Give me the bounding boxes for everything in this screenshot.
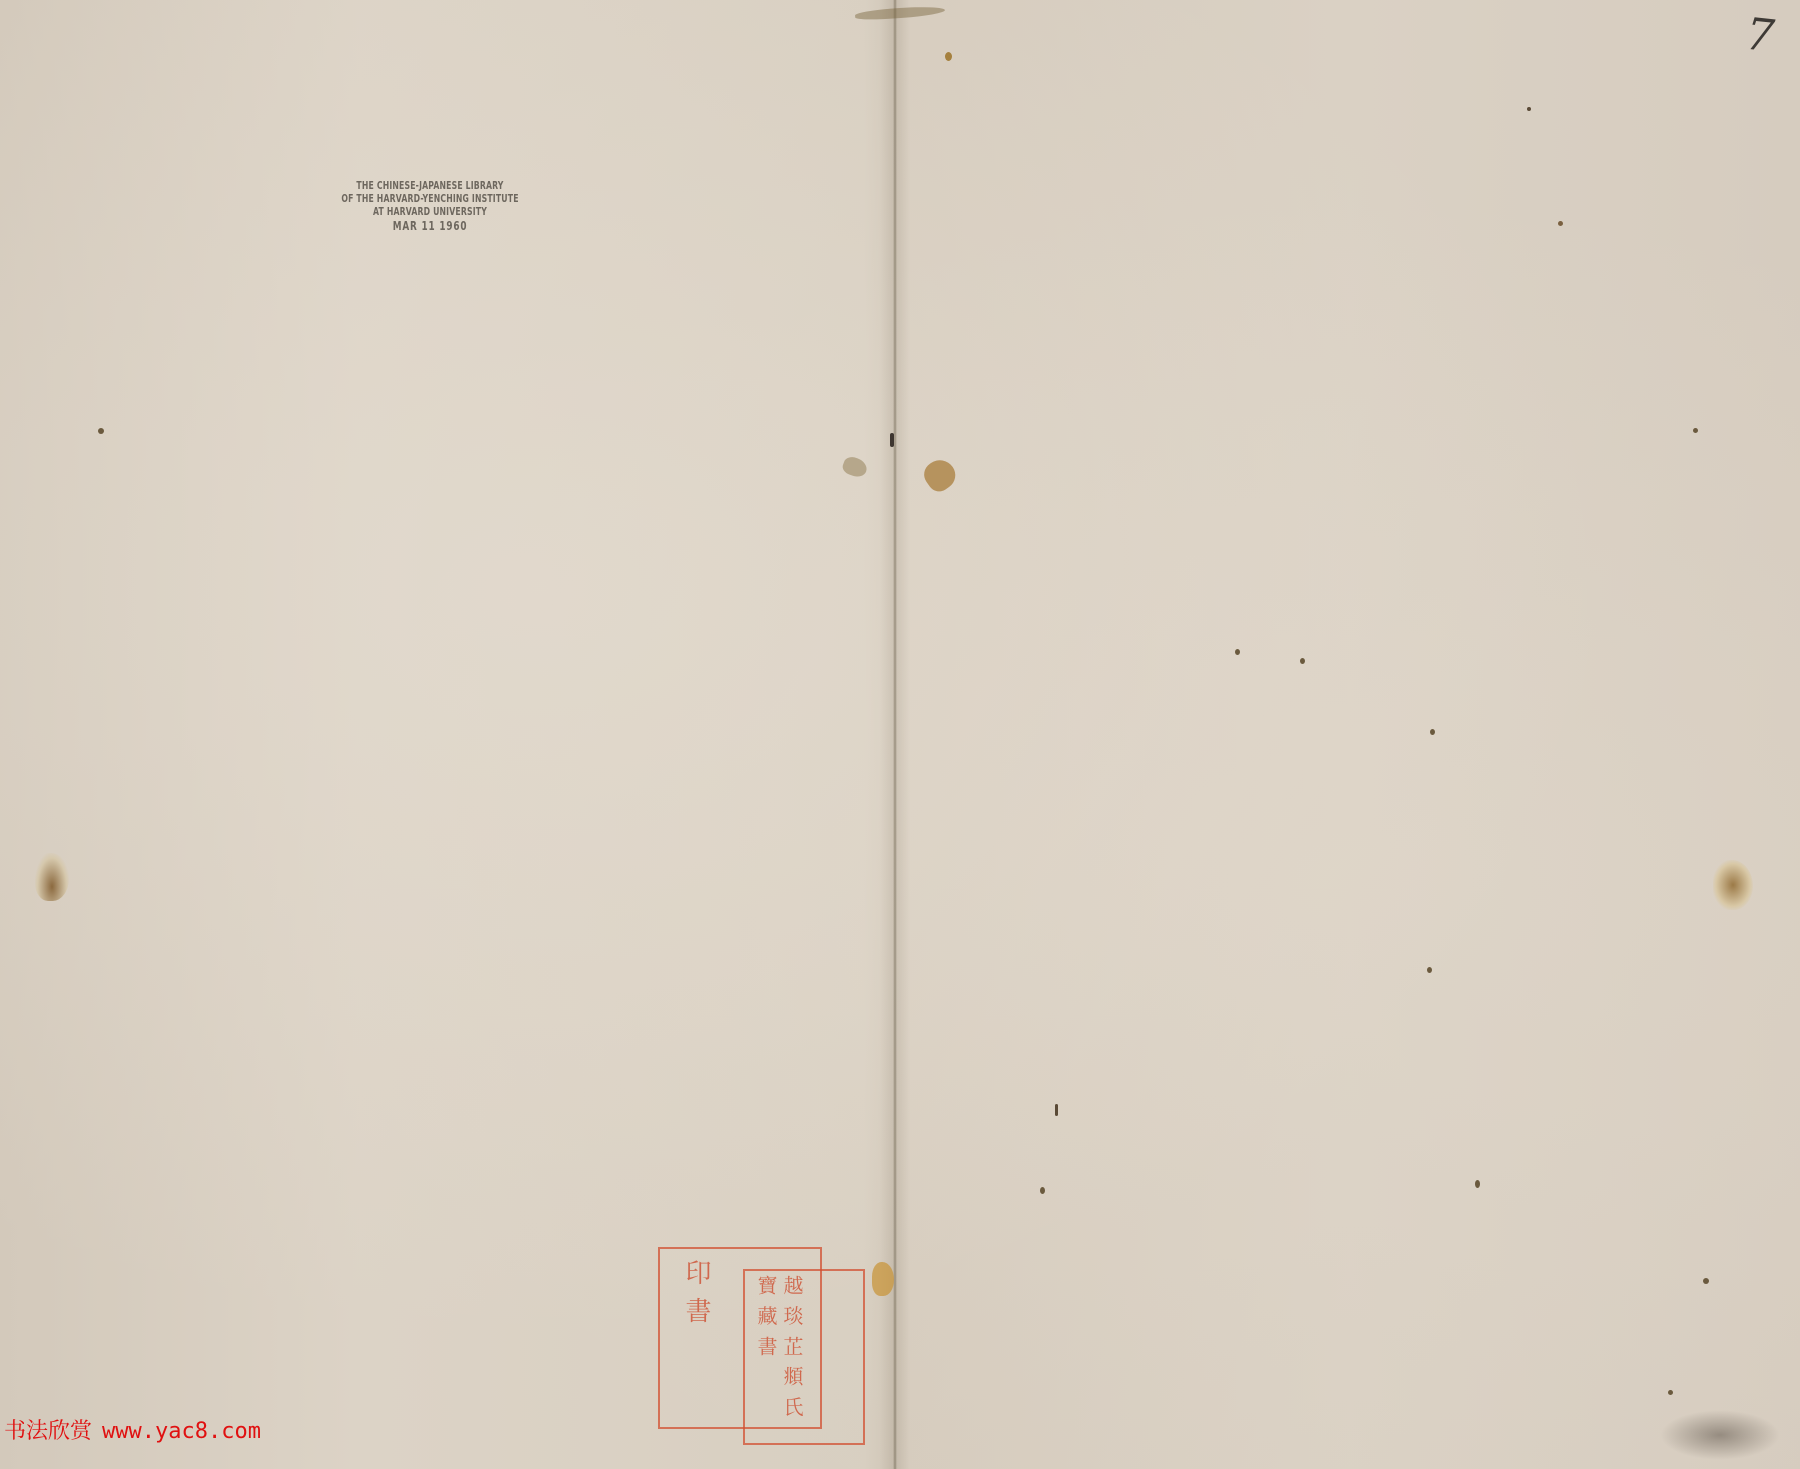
foxing-dot — [1055, 1104, 1058, 1116]
stamp-date: MAR 11 1960 — [323, 220, 536, 233]
edge-stain-right — [1713, 860, 1753, 910]
stamp-line-1: THE CHINESE-JAPANESE LIBRARY — [323, 180, 536, 193]
handwritten-page-number: 7 — [1743, 9, 1776, 63]
edge-stain-left — [35, 853, 69, 901]
wormhole-stain-bottom-right — [1660, 1410, 1780, 1460]
foxing-dot — [1703, 1278, 1709, 1284]
fold-stain-bottom — [872, 1262, 894, 1296]
foxing-dot — [1235, 649, 1240, 655]
library-accession-stamp: THE CHINESE-JAPANESE LIBRARY OF THE HARV… — [323, 180, 536, 233]
foxing-dot — [1427, 967, 1432, 973]
foxing-dot — [1558, 221, 1563, 226]
foxing-dot — [1300, 658, 1305, 664]
foxing-dot — [98, 428, 104, 434]
foxing-dot — [1527, 107, 1531, 111]
site-watermark: 书法欣赏www.yac8.com — [4, 1414, 261, 1445]
scanned-page-spread: THE CHINESE-JAPANESE LIBRARY OF THE HARV… — [0, 0, 1800, 1469]
foxing-dot — [1040, 1187, 1045, 1194]
collector-seals: 印 書 越 琰 芷 頫 氏 寶 藏 書 — [658, 1247, 863, 1447]
watermark-url: www.yac8.com — [102, 1419, 261, 1444]
wormhole-stain-mid-right — [919, 454, 961, 496]
seal-right-text: 越 琰 芷 頫 氏 寶 藏 書 — [753, 1275, 805, 1439]
foxing-dot — [1668, 1390, 1673, 1395]
stamp-line-3: AT HARVARD UNIVERSITY — [323, 206, 536, 219]
stain-spot — [945, 52, 952, 61]
foxing-dot — [1430, 729, 1435, 735]
foxing-dot — [1693, 428, 1698, 433]
seal-right: 越 琰 芷 頫 氏 寶 藏 書 — [743, 1269, 865, 1445]
stain-spot — [890, 433, 894, 447]
wormhole-stain-mid-left — [841, 454, 870, 479]
stamp-line-2: OF THE HARVARD-YENCHING INSTITUTE — [323, 193, 536, 206]
watermark-chinese: 书法欣赏 — [4, 1419, 92, 1444]
seal-left-text: 印 書 — [680, 1259, 712, 1419]
foxing-dot — [1475, 1180, 1480, 1188]
center-fold-line — [893, 0, 897, 1469]
